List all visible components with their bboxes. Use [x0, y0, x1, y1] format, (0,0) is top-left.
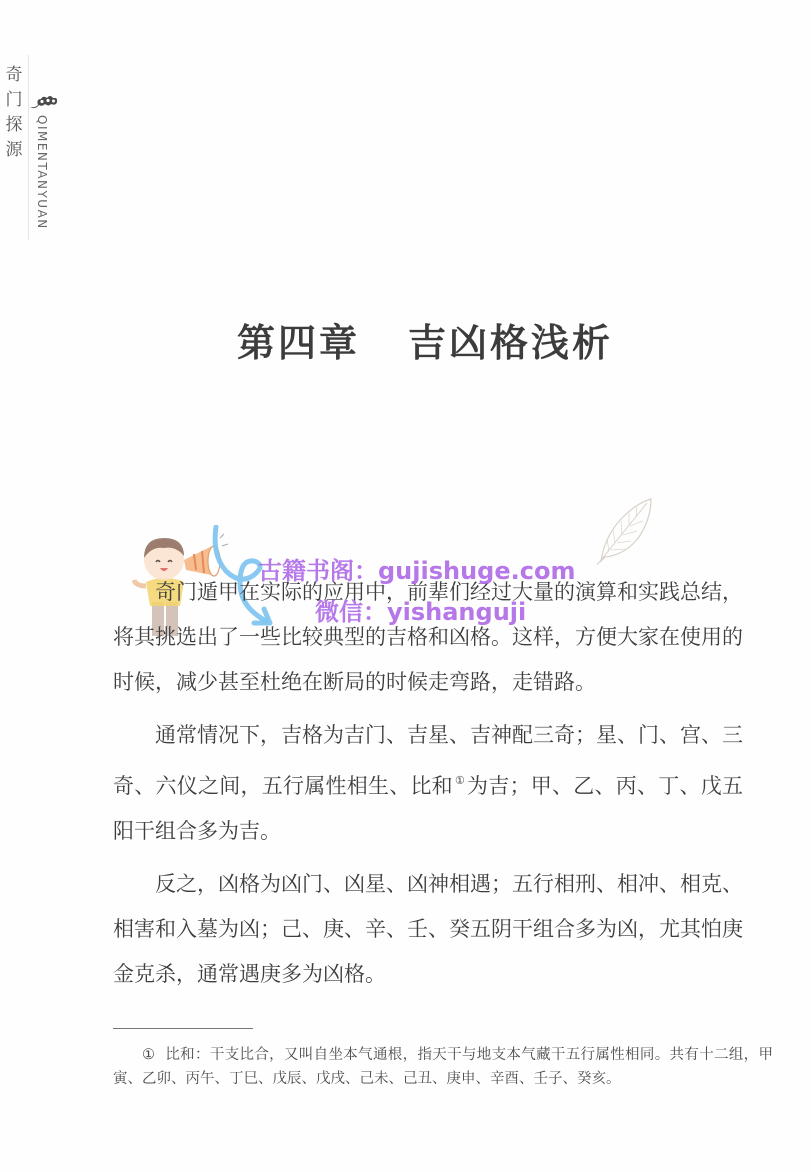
book-title-char: 门 — [4, 88, 24, 113]
book-page: 奇 门 探 源 QIMENTANYUAN 第四章吉凶格浅析 — [0, 0, 811, 1172]
chapter-number: 第四章 — [237, 320, 360, 365]
leaf-icon — [595, 495, 655, 565]
book-title-char: 源 — [4, 138, 24, 163]
chapter-heading: 第四章吉凶格浅析 — [0, 312, 811, 367]
header-divider — [28, 55, 29, 240]
body-text: 奇门遁甲在实际的应用中，前辈们经过大量的演算和实践总结，将其挑选出了一些比较典型… — [113, 570, 743, 1005]
chapter-title: 吉凶格浅析 — [408, 320, 613, 365]
footnote-text: 比和：干支比合，又叫自坐本气通根，指天干与地支本气藏干五行属性相同。共有十二组，… — [113, 1047, 773, 1087]
book-title-char: 探 — [4, 113, 24, 138]
paragraph: 通常情况下，吉格为吉门、吉星、吉神配三奇；星、门、宫、三奇、六仪之间，五行属性相… — [113, 713, 743, 854]
running-header: 奇 门 探 源 QIMENTANYUAN — [0, 55, 60, 245]
footnote: ①比和：干支比合，又叫自坐本气通根，指天干与地支本气藏干五行属性相同。共有十二组… — [113, 1043, 773, 1091]
cloud-icon — [29, 93, 59, 111]
book-title-char: 奇 — [4, 63, 24, 88]
paragraph: 奇门遁甲在实际的应用中，前辈们经过大量的演算和实践总结，将其挑选出了一些比较典型… — [113, 570, 743, 705]
watermark-site: 古籍书阁：gujishuge.com — [258, 551, 575, 586]
footnote-divider — [113, 1028, 253, 1029]
book-title-pinyin: QIMENTANYUAN — [35, 115, 49, 230]
paragraph: 反之，凶格为凶门、凶星、凶神相遇；五行相刑、相冲、相克、相害和入墓为凶；己、庚、… — [113, 862, 743, 997]
book-title-vertical: 奇 门 探 源 — [4, 63, 24, 163]
footnote-ref[interactable]: ① — [455, 774, 465, 787]
footnote-mark: ① — [142, 1047, 155, 1063]
watermark-wechat: 微信：yishanguji — [315, 592, 526, 627]
